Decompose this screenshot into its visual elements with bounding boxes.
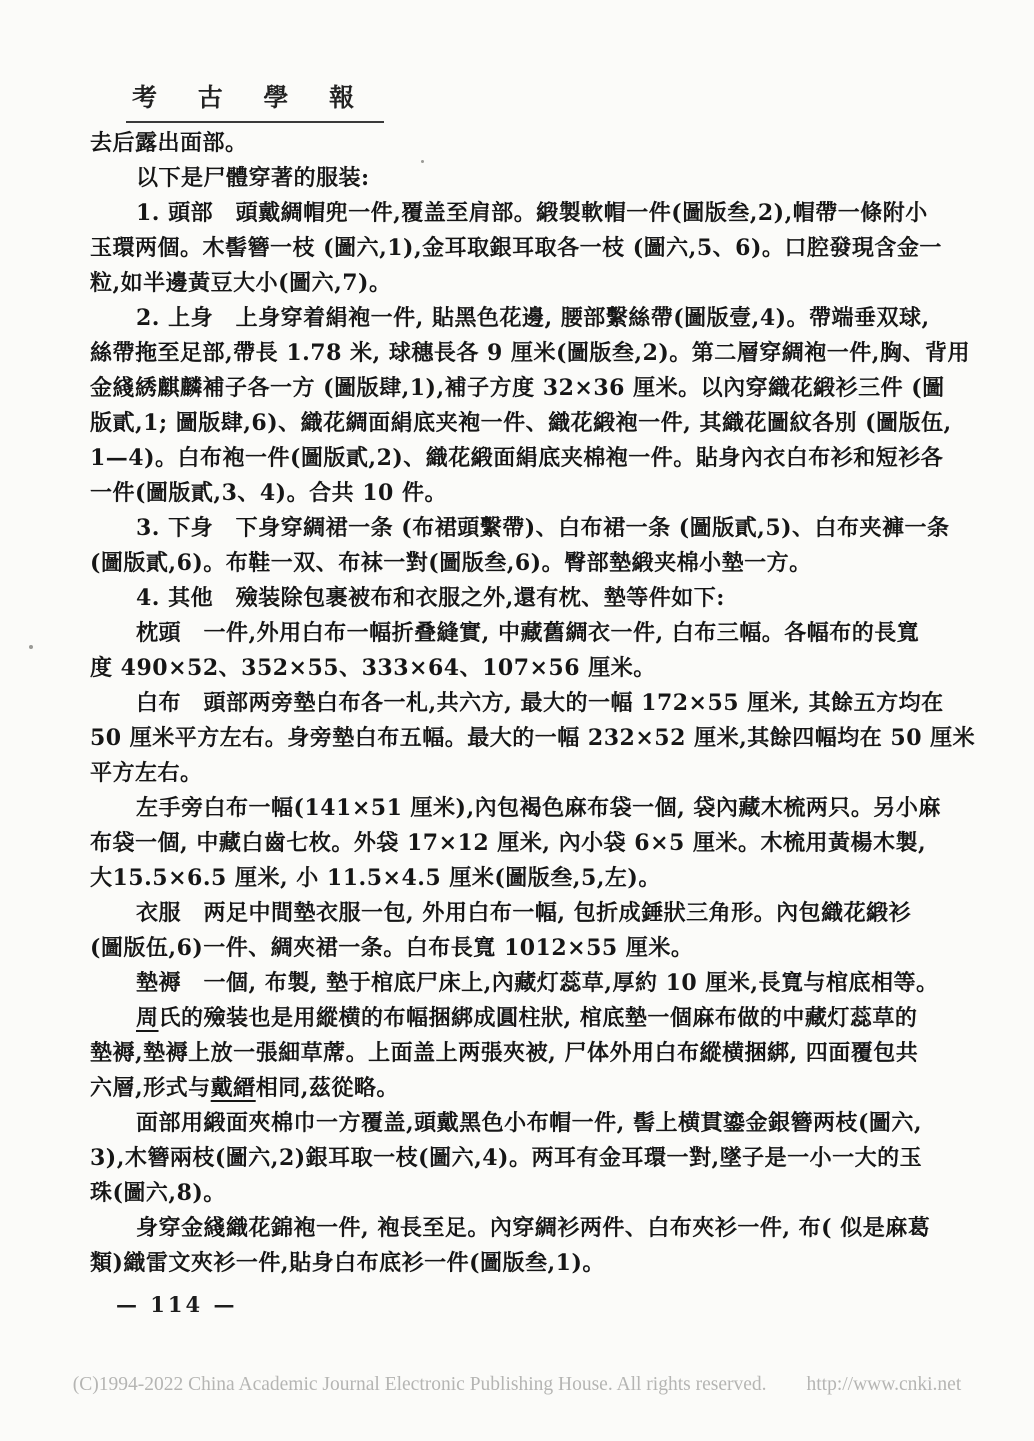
text-line: 珠(圖六,8)。 xyxy=(90,1176,950,1211)
text-segment: (圖版貳,6)。布鞋一双、布袜一對(圖版叁,6)。臀部墊緞夹棉小墊一方。 xyxy=(90,550,812,576)
article-body: 去后露出面部。以下是尸體穿著的服装:1. 頭部 頭戴綢帽兜一件,覆盖至肩部。緞製… xyxy=(90,126,950,1281)
text-segment: 1. 頭部 頭戴綢帽兜一件,覆盖至肩部。緞製軟帽一件(圖版叁,2),帽帶一條附小 xyxy=(136,200,928,226)
text-segment: 大15.5×6.5 厘米, 小 11.5×4.5 厘米(圖版叁,5,左)。 xyxy=(90,865,661,891)
text-line: 左手旁白布一幅(141×51 厘米),內包褐色麻布袋一個, 袋內藏木梳两只。另小… xyxy=(90,791,950,826)
text-segment: 衣服 两足中間墊衣服一包, 外用白布一幅, 包折成錘狀三角形。內包織花緞衫 xyxy=(136,900,911,926)
text-line: 布袋一個, 中藏白齒七枚。外袋 17×12 厘米, 內小袋 6×5 厘米。木梳用… xyxy=(90,826,950,861)
text-segment: 白布 頭部两旁墊白布各一札,共六方, 最大的一幅 172×55 厘米, 其餘五方… xyxy=(136,690,944,716)
text-segment: 50 厘米平方左右。身旁墊白布五幅。最大的一幅 232×52 厘米,其餘四幅均在… xyxy=(90,725,975,751)
text-line: 白布 頭部两旁墊白布各一札,共六方, 最大的一幅 172×55 厘米, 其餘五方… xyxy=(90,686,950,721)
proper-name-underlined: 戴縉 xyxy=(211,1075,256,1101)
text-line: 50 厘米平方左右。身旁墊白布五幅。最大的一幅 232×52 厘米,其餘四幅均在… xyxy=(90,721,950,756)
scanned-page: 考 古 學 報 去后露出面部。以下是尸體穿著的服装:1. 頭部 頭戴綢帽兜一件,… xyxy=(0,0,1034,1441)
text-line: 類)織雷文夾衫一件,貼身白布底衫一件(圖版叁,1)。 xyxy=(90,1246,950,1281)
text-line: 絲帶拖至足部,帶長 1.78 米, 球穗長各 9 厘米(圖版叁,2)。第二層穿綢… xyxy=(90,336,950,371)
text-segment: 3. 下身 下身穿綢裙一条 (布裙頭繫帶)、白布裙一条 (圖版貳,5)、白布夹褲… xyxy=(136,515,950,541)
text-line: 衣服 两足中間墊衣服一包, 外用白布一幅, 包折成錘狀三角形。內包織花緞衫 xyxy=(90,896,950,931)
text-line: 玉環两個。木髻簪一枝 (圖六,1),金耳取銀耳取各一枝 (圖六,5、6)。口腔發… xyxy=(90,231,950,266)
text-segment: 珠(圖六,8)。 xyxy=(90,1180,226,1206)
text-line: 3),木簪兩枝(圖六,2)銀耳取一枝(圖六,4)。两耳有金耳環一對,墜子是一小一… xyxy=(90,1141,950,1176)
text-segment: 1—4)。白布袍一件(圖版貳,2)、織花緞面絹底夹棉袍一件。貼身內衣白布衫和短衫… xyxy=(90,445,943,471)
text-segment: 去后露出面部。 xyxy=(90,130,248,156)
text-line: 3. 下身 下身穿綢裙一条 (布裙頭繫帶)、白布裙一条 (圖版貳,5)、白布夹褲… xyxy=(90,511,950,546)
page-number: — 114 — xyxy=(116,1292,237,1317)
journal-title: 考 古 學 報 xyxy=(126,78,384,123)
text-segment: 粒,如半邊黃豆大小(圖六,7)。 xyxy=(90,270,391,296)
text-line: 平方左右。 xyxy=(90,756,950,791)
text-line: 金綫綉麒麟補子各一方 (圖版肆,1),補子方度 32×36 厘米。以內穿織花緞衫… xyxy=(90,371,950,406)
text-line: 六層,形式与戴縉相同,茲從略。 xyxy=(90,1071,950,1106)
text-line: 1—4)。白布袍一件(圖版貳,2)、織花緞面絹底夹棉袍一件。貼身內衣白布衫和短衫… xyxy=(90,441,950,476)
text-line: 版貳,1; 圖版肆,6)、織花綢面絹底夹袍一件、織花緞袍一件, 其織花圖紋各別 … xyxy=(90,406,950,441)
text-segment: (圖版伍,6)一件、綢夾裙一条。白布長寬 1012×55 厘米。 xyxy=(90,935,693,961)
text-line: (圖版貳,6)。布鞋一双、布袜一對(圖版叁,6)。臀部墊緞夹棉小墊一方。 xyxy=(90,546,950,581)
text-segment: 以下是尸體穿著的服装: xyxy=(136,165,370,191)
text-line: 一件(圖版貳,3、4)。合共 10 件。 xyxy=(90,476,950,511)
text-segment: 玉環两個。木髻簪一枝 (圖六,1),金耳取銀耳取各一枝 (圖六,5、6)。口腔發… xyxy=(90,235,942,261)
text-line: 身穿金綫織花錦袍一件, 袍長至足。內穿綢衫两件、白布夾衫一件, 布( 似是麻葛 xyxy=(90,1211,950,1246)
text-line: 以下是尸體穿著的服装: xyxy=(90,161,950,196)
text-line: 墊褥 一個, 布製, 墊于棺底尸床上,內藏灯蕊草,厚約 10 厘米,長寬与棺底相… xyxy=(90,966,950,1001)
scan-speck xyxy=(421,160,424,163)
scan-speck xyxy=(29,645,33,649)
copyright-footer: (C)1994-2022 China Academic Journal Elec… xyxy=(0,1374,1034,1396)
text-line: 大15.5×6.5 厘米, 小 11.5×4.5 厘米(圖版叁,5,左)。 xyxy=(90,861,950,896)
text-line: (圖版伍,6)一件、綢夾裙一条。白布長寬 1012×55 厘米。 xyxy=(90,931,950,966)
text-segment: 一件(圖版貳,3、4)。合共 10 件。 xyxy=(90,480,447,506)
text-segment: 度 490×52、352×55、333×64、107×56 厘米。 xyxy=(90,655,656,681)
text-line: 去后露出面部。 xyxy=(90,126,950,161)
text-segment: 3),木簪兩枝(圖六,2)銀耳取一枝(圖六,4)。两耳有金耳環一對,墜子是一小一… xyxy=(90,1145,922,1171)
text-line: 2. 上身 上身穿着絹袍一件, 貼黑色花邊, 腰部繫絲帶(圖版壹,4)。帶端垂双… xyxy=(90,301,950,336)
text-segment: 左手旁白布一幅(141×51 厘米),內包褐色麻布袋一個, 袋內藏木梳两只。另小… xyxy=(136,795,941,821)
text-segment: 相同,茲從略。 xyxy=(256,1075,399,1101)
text-line: 枕頭 一件,外用白布一幅折叠縫實, 中藏舊綢衣一件, 白布三幅。各幅布的長寬 xyxy=(90,616,950,651)
text-segment: 墊褥 一個, 布製, 墊于棺底尸床上,內藏灯蕊草,厚約 10 厘米,長寬与棺底相… xyxy=(136,970,939,996)
text-line: 4. 其他 殮装除包裹被布和衣服之外,還有枕、墊等件如下: xyxy=(90,581,950,616)
proper-name-underlined: 周 xyxy=(136,1005,159,1031)
text-segment: 身穿金綫織花錦袍一件, 袍長至足。內穿綢衫两件、白布夾衫一件, 布( 似是麻葛 xyxy=(136,1215,930,1241)
text-line: 面部用緞面夾棉巾一方覆盖,頭戴黑色小布帽一件, 髻上横貫鎏金銀簪两枝(圖六, xyxy=(90,1106,950,1141)
text-line: 度 490×52、352×55、333×64、107×56 厘米。 xyxy=(90,651,950,686)
text-line: 墊褥,墊褥上放一張細草蓆。上面盖上两張夾被, 尸体外用白布縱横捆綁, 四面覆包共 xyxy=(90,1036,950,1071)
text-segment: 墊褥,墊褥上放一張細草蓆。上面盖上两張夾被, 尸体外用白布縱横捆綁, 四面覆包共 xyxy=(90,1040,918,1066)
text-segment: 版貳,1; 圖版肆,6)、織花綢面絹底夹袍一件、織花緞袍一件, 其織花圖紋各別 … xyxy=(90,410,952,436)
text-segment: 類)織雷文夾衫一件,貼身白布底衫一件(圖版叁,1)。 xyxy=(90,1250,605,1276)
text-segment: 六層,形式与 xyxy=(90,1075,211,1101)
footer-url: http://www.cnki.net xyxy=(807,1374,962,1396)
text-line: 粒,如半邊黃豆大小(圖六,7)。 xyxy=(90,266,950,301)
text-line: 周氏的殮装也是用縱横的布幅捆綁成圓柱狀, 棺底墊一個麻布做的中藏灯蕊草的 xyxy=(90,1001,950,1036)
text-segment: 氏的殮装也是用縱横的布幅捆綁成圓柱狀, 棺底墊一個麻布做的中藏灯蕊草的 xyxy=(159,1005,918,1031)
text-segment: 2. 上身 上身穿着絹袍一件, 貼黑色花邊, 腰部繫絲帶(圖版壹,4)。帶端垂双… xyxy=(136,305,930,331)
text-segment: 金綫綉麒麟補子各一方 (圖版肆,1),補子方度 32×36 厘米。以內穿織花緞衫… xyxy=(90,375,945,401)
text-line: 1. 頭部 頭戴綢帽兜一件,覆盖至肩部。緞製軟帽一件(圖版叁,2),帽帶一條附小 xyxy=(90,196,950,231)
text-segment: 布袋一個, 中藏白齒七枚。外袋 17×12 厘米, 內小袋 6×5 厘米。木梳用… xyxy=(90,830,926,856)
text-segment: 絲帶拖至足部,帶長 1.78 米, 球穗長各 9 厘米(圖版叁,2)。第二層穿綢… xyxy=(90,340,970,366)
text-segment: 面部用緞面夾棉巾一方覆盖,頭戴黑色小布帽一件, 髻上横貫鎏金銀簪两枝(圖六, xyxy=(136,1110,922,1136)
text-segment: 4. 其他 殮装除包裹被布和衣服之外,還有枕、墊等件如下: xyxy=(136,585,725,611)
text-segment: 平方左右。 xyxy=(90,760,203,786)
text-segment: 枕頭 一件,外用白布一幅折叠縫實, 中藏舊綢衣一件, 白布三幅。各幅布的長寬 xyxy=(136,620,919,646)
copyright-text: (C)1994-2022 China Academic Journal Elec… xyxy=(73,1374,767,1396)
